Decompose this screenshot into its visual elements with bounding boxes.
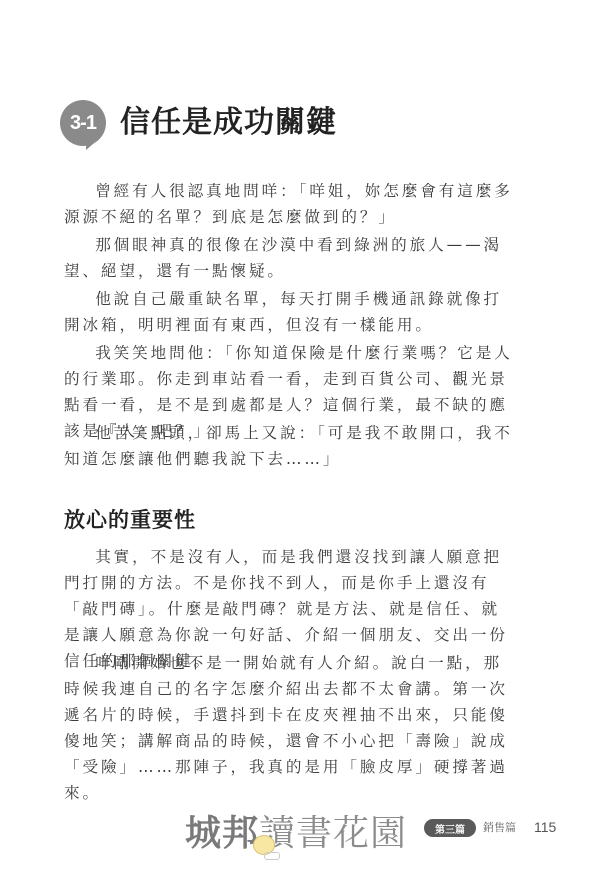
subheading: 放心的重要性	[64, 504, 196, 534]
section-number: 3-1	[70, 112, 96, 135]
watermark-bold-text: 城邦	[185, 813, 259, 854]
watermark-light-text: 讀書花園	[259, 813, 407, 854]
part-name: 銷售篇	[483, 819, 516, 837]
page-number: 115	[534, 817, 556, 837]
paragraph: 他說自己嚴重缺名單，每天打開手機通訊錄就像打開冰箱，明明裡面有東西，但沒有一樣能…	[64, 286, 516, 338]
part-badge: 第三篇	[424, 819, 476, 837]
paragraph: 曾經有人很認真地問咩：「咩姐，妳怎麼會有這麼多源源不絕的名單？到底是怎麼做到的？…	[64, 178, 516, 230]
mascot-tail-icon	[264, 852, 280, 860]
section-title: 信任是成功關鍵	[120, 100, 337, 146]
publisher-watermark: 城邦讀書花園	[185, 805, 407, 856]
paragraph: 咩剛開始也不是一開始就有人介紹。說白一點，那時候我連自己的名字怎麼介紹出去都不太…	[64, 650, 516, 806]
speech-bubble-tail-icon	[86, 138, 100, 150]
paragraph: 那個眼神真的很像在沙漠中看到綠洲的旅人——渴望、絕望，還有一點懷疑。	[64, 232, 516, 284]
paragraph: 他苦笑點頭，卻馬上又說：「可是我不敢開口，我不知道怎麼讓他們聽我說下去……」	[64, 420, 516, 472]
